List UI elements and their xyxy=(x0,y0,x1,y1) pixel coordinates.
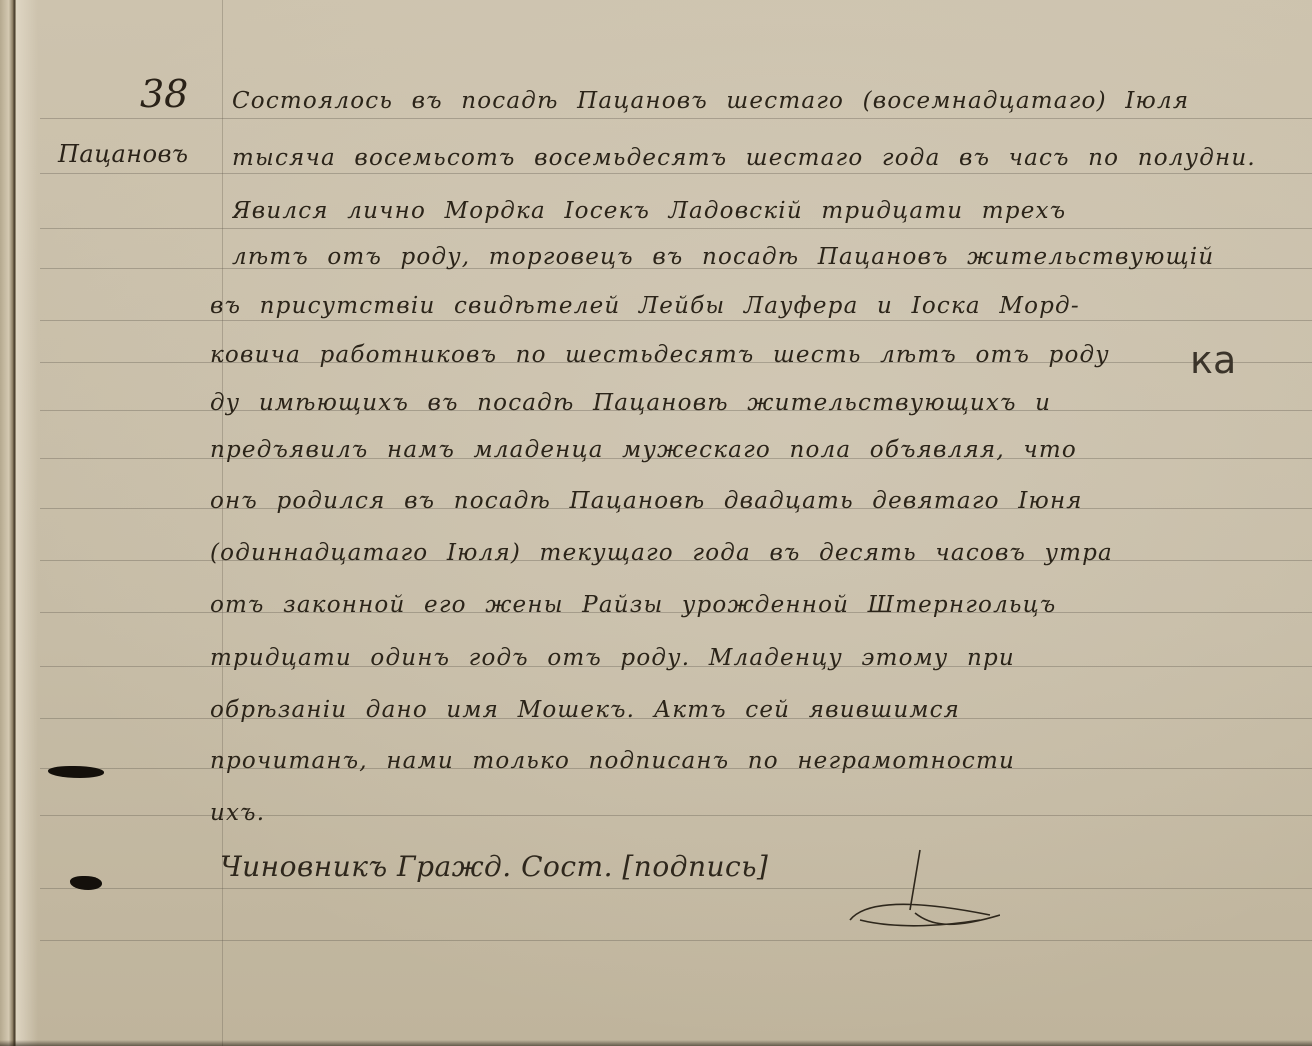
text-line: обрѣзаніи дано имя Мошекъ. Актъ сей явив… xyxy=(210,697,1304,723)
text-line: (одиннадцатаго Іюля) текущаго года въ де… xyxy=(210,540,1304,566)
text-line: ду имѣющихъ въ посадѣ Пацановѣ жительств… xyxy=(210,390,1304,416)
text-line: предъявилъ намъ младенца мужескаго пола … xyxy=(210,437,1304,463)
ruled-line xyxy=(40,173,1312,174)
page-bottom-edge xyxy=(0,1040,1312,1046)
ruled-line xyxy=(40,888,1312,889)
ruled-line xyxy=(40,320,1312,321)
text-line: лѣтъ отъ роду, торговецъ въ посадѣ Пацан… xyxy=(232,244,1304,270)
register-page: 38 Пацановъ Состоялось въ посадѣ Пацанов… xyxy=(0,0,1312,1046)
interlinear-insertion: ка xyxy=(1190,338,1236,382)
text-line: Состоялось въ посадѣ Пацановъ шестаго (в… xyxy=(232,88,1304,114)
text-line: онъ родился въ посадѣ Пацановѣ двадцать … xyxy=(210,488,1304,514)
text-line: въ присутствіи свидѣтелей Лейбы Лауфера … xyxy=(210,293,1304,319)
text-line: Явился лично Мордка Іосекъ Ладовскій три… xyxy=(232,198,1304,224)
text-line: отъ законной его жены Райзы урожденной Ш… xyxy=(210,592,1304,618)
ruled-line xyxy=(40,228,1312,229)
margin-surname: Пацановъ xyxy=(58,140,189,168)
signature-flourish-icon xyxy=(700,835,1000,935)
ruled-line xyxy=(40,118,1312,119)
text-line: тысяча восемьсотъ восемьдесятъ шестаго г… xyxy=(232,145,1304,171)
margin-rule xyxy=(222,0,223,1046)
text-line: прочитанъ, нами только подписанъ по негр… xyxy=(210,748,1304,774)
text-line: тридцати одинъ годъ отъ роду. Младенцу э… xyxy=(210,645,1304,671)
ruled-line xyxy=(40,940,1312,941)
book-binding xyxy=(0,0,16,1046)
official-signature: Чиновникъ Гражд. Сост. [подпись] xyxy=(220,850,768,883)
text-line: ихъ. xyxy=(210,800,1304,826)
binding-edge xyxy=(16,0,38,1046)
ink-blot xyxy=(48,766,104,778)
text-line: ковича работниковъ по шестьдесятъ шесть … xyxy=(210,342,1182,368)
entry-number: 38 xyxy=(140,72,188,116)
